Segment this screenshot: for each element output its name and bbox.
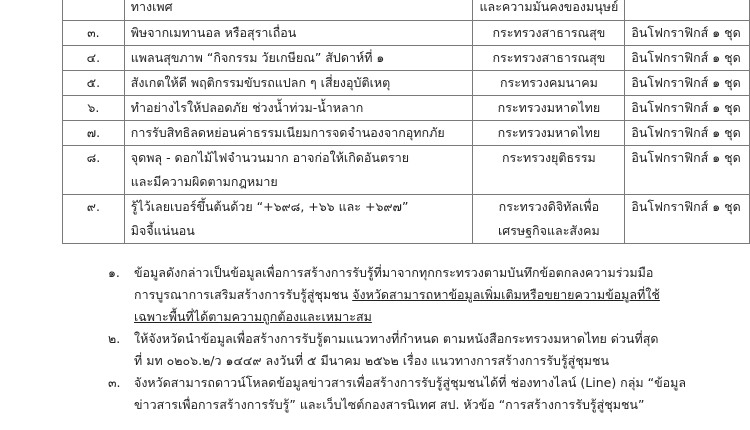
topic-line: จุดพลุ - ดอกไม้ไฟจำนวนมาก อาจก่อให้เกิดอ… (131, 146, 467, 170)
table-row: ๗. การรับสิทธิลดหย่อนค่าธรรมเนียมการจดจำ… (63, 121, 750, 146)
cell-format: อินโฟกราฟิกส์ ๑ ชุด (625, 46, 750, 71)
agency-line: เศรษฐกิจและสังคม (479, 219, 618, 243)
table-row: ทางเพศ และความมั่นคงของมนุษย์ (63, 0, 750, 21)
cell-topic: พิษจากเมทานอล หรือสุราเถื่อน (124, 21, 473, 46)
cell-agency: กระทรวงสาธารณสุข (473, 46, 625, 71)
cell-topic: แพลนสุขภาพ “กิจกรรม วัยเกษียณ” สัปดาห์ที… (124, 46, 473, 71)
cell-topic: รู้ไว้เลยเบอร์ขึ้นต้นด้วย “+๖๙๘, +๖๖ และ… (124, 195, 473, 244)
cell-no: ๓. (63, 21, 125, 46)
note-emphasis: จังหวัดสามารถหาข้อมูลเพิ่มเติมหรือขยายคว… (352, 287, 660, 302)
note-number: ๒. (108, 328, 120, 350)
cell-format: อินโฟกราฟิกส์ ๑ ชุด (625, 71, 750, 96)
table-row: ๔. แพลนสุขภาพ “กิจกรรม วัยเกษียณ” สัปดาห… (63, 46, 750, 71)
cell-no: ๗. (63, 121, 125, 146)
cell-no: ๕. (63, 71, 125, 96)
note-line: ให้จังหวัดนำข้อมูลเพื่อสร้างการรับรู้ตาม… (134, 328, 748, 350)
topic-line: รู้ไว้เลยเบอร์ขึ้นต้นด้วย “+๖๙๘, +๖๖ และ… (131, 195, 467, 219)
cell-topic: การรับสิทธิลดหย่อนค่าธรรมเนียมการจดจำนอง… (124, 121, 473, 146)
note-line: ที่ มท ๐๒๐๖.๒/ว ๑๔๔๙ ลงวันที่ ๕ มีนาคม ๒… (134, 350, 748, 372)
cell-agency: กระทรวงดิจิทัลเพื่อ เศรษฐกิจและสังคม (473, 195, 625, 244)
cell-agency: กระทรวงคมนาคม (473, 71, 625, 96)
note-number: ๓. (108, 372, 121, 394)
cell-agency: กระทรวงสาธารณสุข (473, 21, 625, 46)
cell-no (63, 0, 125, 21)
note-item: ๑. ข้อมูลดังกล่าวเป็นข้อมูลเพื่อการสร้าง… (108, 262, 748, 328)
notes-list: ๑. ข้อมูลดังกล่าวเป็นข้อมูลเพื่อการสร้าง… (108, 262, 748, 416)
cell-agency: กระทรวงมหาดไทย (473, 121, 625, 146)
cell-format: อินโฟกราฟิกส์ ๑ ชุด (625, 195, 750, 244)
cell-no: ๘. (63, 146, 125, 195)
cell-no: ๖. (63, 96, 125, 121)
table-row: ๙. รู้ไว้เลยเบอร์ขึ้นต้นด้วย “+๖๙๘, +๖๖ … (63, 195, 750, 244)
note-emphasis: เฉพาะพื้นที่ได้ตามความถูกต้องและเหมาะสม (134, 306, 748, 328)
topic-line: และมีความผิดตามกฎหมาย (131, 170, 467, 194)
cell-no: ๙. (63, 195, 125, 244)
cell-format: อินโฟกราฟิกส์ ๑ ชุด (625, 121, 750, 146)
cell-no: ๔. (63, 46, 125, 71)
cell-format: อินโฟกราฟิกส์ ๑ ชุด (625, 96, 750, 121)
note-line: การบูรณาการเสริมสร้างการรับรู้สู่ชุมชน จ… (134, 284, 748, 306)
cell-topic: สังเกตให้ดี พฤติกรรมขับรถแปลก ๆ เสี่ยงอุ… (124, 71, 473, 96)
cell-agency: กระทรวงมหาดไทย (473, 96, 625, 121)
note-item: ๓. จังหวัดสามารถดาวน์โหลดข้อมูลข่าวสารเพ… (108, 372, 748, 416)
cell-agency: กระทรวงยุติธรรม (473, 146, 625, 195)
note-number: ๑. (108, 262, 120, 284)
agency-line: กระทรวงดิจิทัลเพื่อ (479, 195, 618, 219)
table-row: ๕. สังเกตให้ดี พฤติกรรมขับรถแปลก ๆ เสี่ย… (63, 71, 750, 96)
cell-topic: ทางเพศ (124, 0, 473, 21)
note-line: จังหวัดสามารถดาวน์โหลดข้อมูลข่าวสารเพื่อ… (134, 372, 748, 394)
cell-agency: และความมั่นคงของมนุษย์ (473, 0, 625, 21)
infographic-table: ทางเพศ และความมั่นคงของมนุษย์ ๓. พิษจากเ… (62, 0, 750, 244)
note-text: การบูรณาการเสริมสร้างการรับรู้สู่ชุมชน (134, 287, 352, 302)
cell-format (625, 0, 750, 21)
note-item: ๒. ให้จังหวัดนำข้อมูลเพื่อสร้างการรับรู้… (108, 328, 748, 372)
cell-format: อินโฟกราฟิกส์ ๑ ชุด (625, 21, 750, 46)
topic-line: มิจจี้แน่นอน (131, 219, 467, 243)
table-row: ๘. จุดพลุ - ดอกไม้ไฟจำนวนมาก อาจก่อให้เก… (63, 146, 750, 195)
note-line: ข้อมูลดังกล่าวเป็นข้อมูลเพื่อการสร้างการ… (134, 262, 748, 284)
cell-topic: ทำอย่างไรให้ปลอดภัย ช่วงน้ำท่วม-น้ำหลาก (124, 96, 473, 121)
note-line: ข่าวสารเพื่อการสร้างการรับรู้” และเว็บไซ… (134, 394, 748, 416)
cell-format: อินโฟกราฟิกส์ ๑ ชุด (625, 146, 750, 195)
table-row: ๖. ทำอย่างไรให้ปลอดภัย ช่วงน้ำท่วม-น้ำหล… (63, 96, 750, 121)
table-row: ๓. พิษจากเมทานอล หรือสุราเถื่อน กระทรวงส… (63, 21, 750, 46)
cell-topic: จุดพลุ - ดอกไม้ไฟจำนวนมาก อาจก่อให้เกิดอ… (124, 146, 473, 195)
